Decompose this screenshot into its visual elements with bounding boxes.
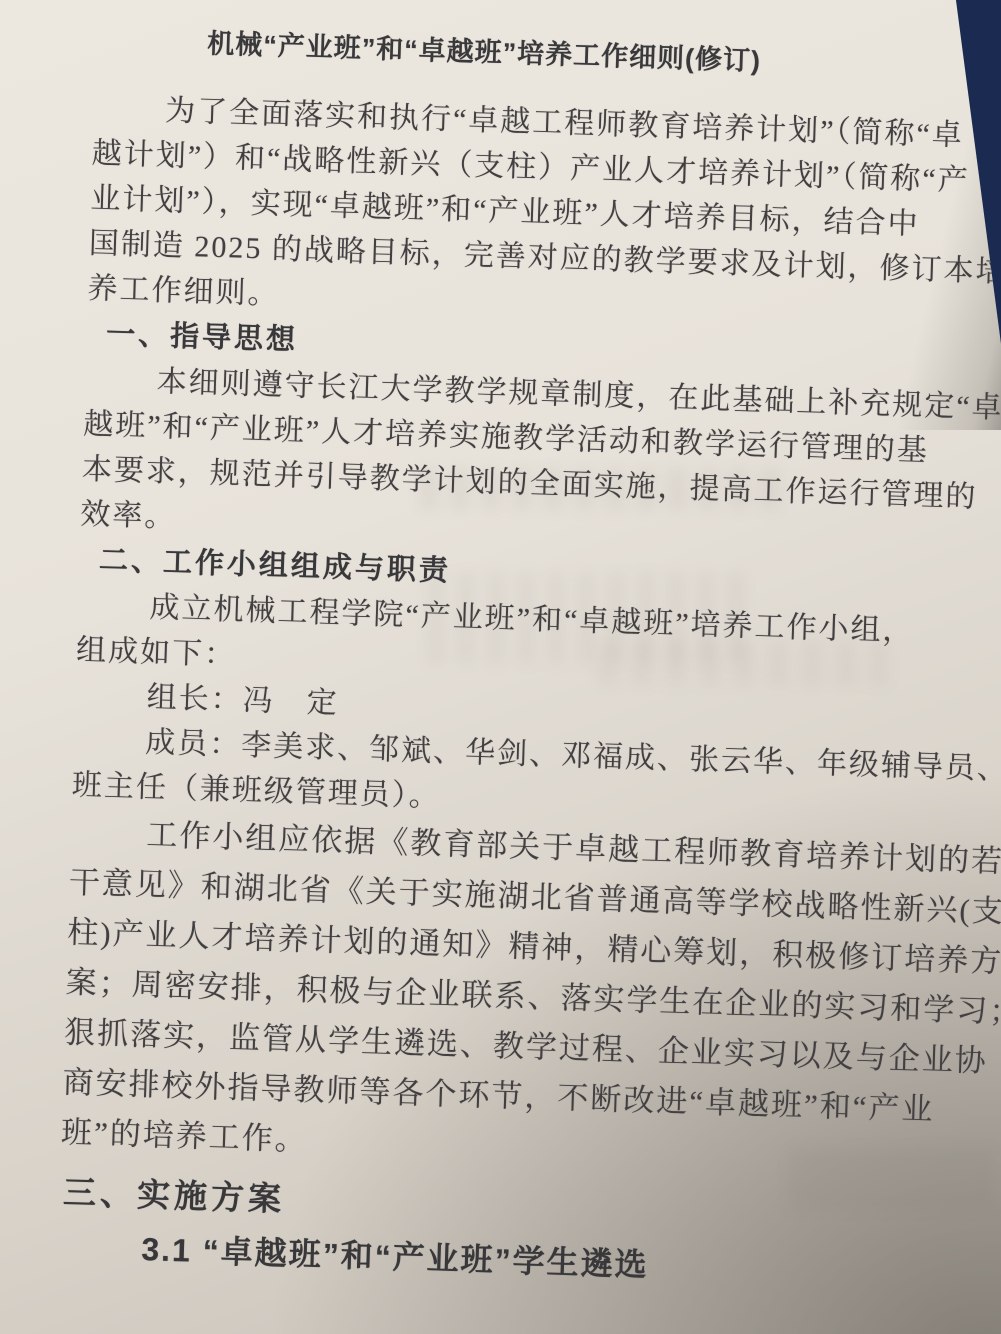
document-title: 机械“产业班”和“卓越班”培养工作细则(修订) (207, 24, 946, 87)
paper-sheet: 机械“产业班”和“卓越班”培养工作细则(修订) 为了全面落实和执行“卓越工程师教… (0, 0, 1001, 1334)
document-content: 机械“产业班”和“卓越班”培养工作细则(修订) 为了全面落实和执行“卓越工程师教… (57, 20, 946, 1300)
paragraph-guiding-principles: 本细则遵守长江大学教学规章制度，在此基础上补充规定“卓 越班”和“产业班”人才培… (80, 357, 935, 564)
paragraph-group-duties: 工作小组应依据《教育部关于卓越工程师教育培养计划的若 干意见》和湖北省《关于实施… (60, 808, 921, 1185)
photo-background: 机械“产业班”和“卓越班”培养工作细则(修订) 为了全面落实和执行“卓越工程师教… (0, 0, 1001, 1334)
paragraph-intro: 为了全面落实和执行“卓越工程师教育培养计划”（简称“卓 越计划”）和“战略性新兴… (87, 86, 944, 338)
